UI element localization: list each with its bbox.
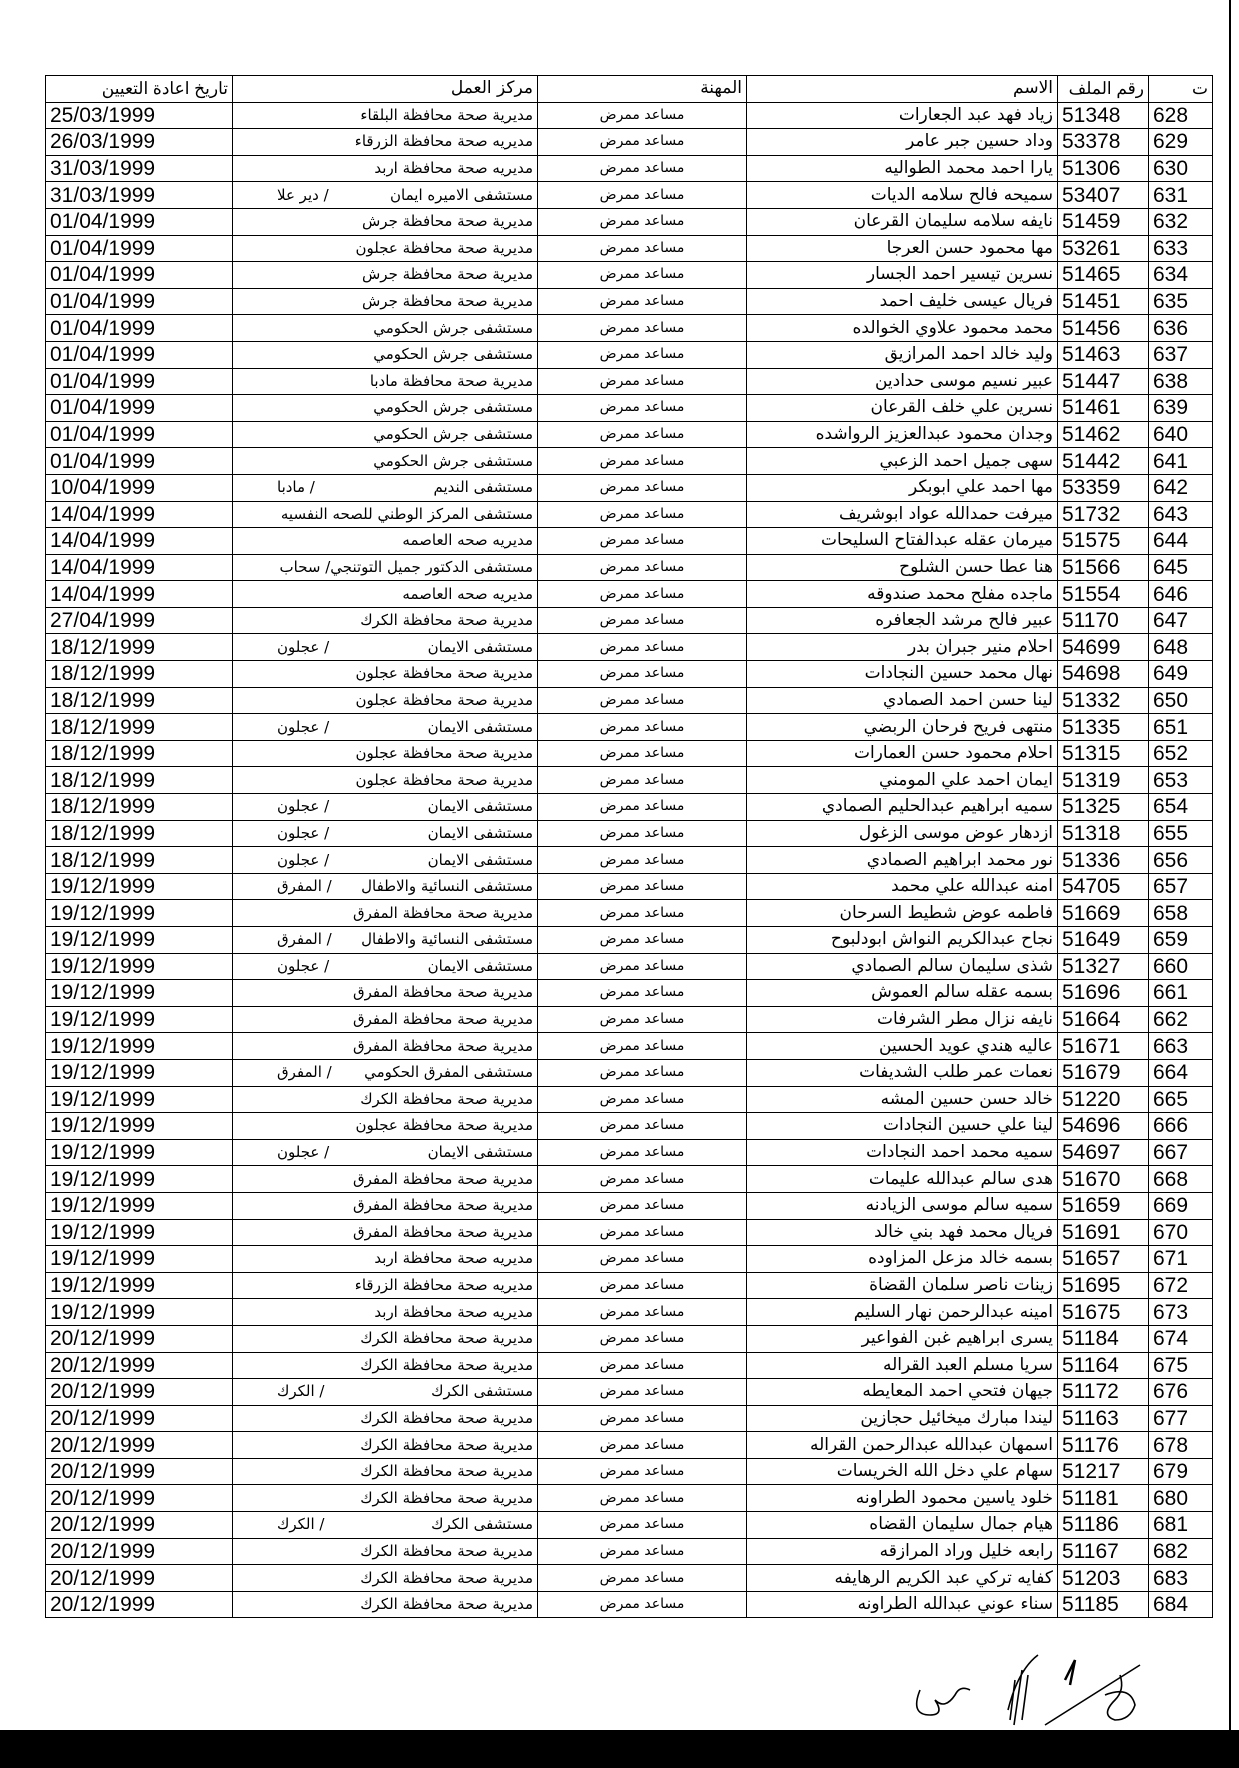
profession-cell: مساعد ممرض — [538, 208, 747, 235]
seq-cell: 663 — [1149, 1033, 1213, 1060]
date-cell: 26/03/1999 — [46, 129, 233, 156]
profession-cell: مساعد ممرض — [538, 288, 747, 315]
profession-cell: مساعد ممرض — [538, 1113, 747, 1140]
workplace-cell: مديرية صحة محافظة عجلون — [233, 687, 538, 714]
profession-cell: مساعد ممرض — [538, 528, 747, 555]
header-date: تاريخ اعادة التعيين — [46, 76, 233, 103]
workplace-city: / عجلون — [277, 715, 329, 740]
table-row: 65951649نجاح عبدالكريم النواش ابودلبوحمس… — [46, 927, 1213, 954]
profession-cell: مساعد ممرض — [538, 1591, 747, 1618]
seq-cell: 634 — [1149, 262, 1213, 289]
table-row: 68451185سناء عوني عبدالله الطراونهمساعد … — [46, 1591, 1213, 1618]
workplace-cell: مستشفى الدكتور جميل التوتنجي/ سحاب — [233, 554, 538, 581]
profession-cell: مساعد ممرض — [538, 634, 747, 661]
workplace-cell: مديريه صحة محافظة اربد — [233, 1246, 538, 1273]
file-no-cell: 51669 — [1058, 900, 1149, 927]
workplace-cell: مستشفى الايمان/ عجلون — [233, 634, 538, 661]
file-no-cell: 51336 — [1058, 847, 1149, 874]
seq-cell: 643 — [1149, 501, 1213, 528]
file-no-cell: 51659 — [1058, 1192, 1149, 1219]
workplace-name: مديريه صحة محافظة الزرقاء — [355, 129, 533, 154]
table-row: 64451575ميرمان عقله عبدالفتاح السليحاتمس… — [46, 528, 1213, 555]
seq-cell: 660 — [1149, 953, 1213, 980]
seq-cell: 678 — [1149, 1432, 1213, 1459]
seq-cell: 676 — [1149, 1379, 1213, 1406]
seq-cell: 646 — [1149, 581, 1213, 608]
workplace-cell: مديرية صحة محافظة الكرك — [233, 1086, 538, 1113]
workplace-city: / المفرق — [277, 874, 332, 899]
profession-cell: مساعد ممرض — [538, 1006, 747, 1033]
date-cell: 19/12/1999 — [46, 1219, 233, 1246]
table-header-row: ت رقم الملف الاسم المهنة مركز العمل تاري… — [46, 76, 1213, 103]
file-no-cell: 54697 — [1058, 1139, 1149, 1166]
seq-cell: 656 — [1149, 847, 1213, 874]
workplace-name: مديرية صحة محافظة المفرق — [353, 1193, 533, 1218]
name-cell: ازدهار عوض موسى الزغول — [747, 820, 1058, 847]
date-cell: 19/12/1999 — [46, 1059, 233, 1086]
workplace-cell: مديرية صحة محافظة الكرك — [233, 607, 538, 634]
seq-cell: 628 — [1149, 102, 1213, 129]
date-cell: 19/12/1999 — [46, 1192, 233, 1219]
file-no-cell: 51456 — [1058, 315, 1149, 342]
seq-cell: 683 — [1149, 1565, 1213, 1592]
name-cell: ميرمان عقله عبدالفتاح السليحات — [747, 528, 1058, 555]
seq-cell: 675 — [1149, 1352, 1213, 1379]
file-no-cell: 51657 — [1058, 1246, 1149, 1273]
workplace-cell: مديرية صحة محافظة الكرك — [233, 1565, 538, 1592]
workplace-cell: مديريه صحه العاصمه — [233, 581, 538, 608]
name-cell: مها محمود حسن العرجا — [747, 235, 1058, 262]
file-no-cell: 51696 — [1058, 980, 1149, 1007]
file-no-cell: 53407 — [1058, 182, 1149, 209]
profession-cell: مساعد ممرض — [538, 1352, 747, 1379]
name-cell: ليندا مبارك ميخائيل حجازين — [747, 1405, 1058, 1432]
workplace-name: مديرية صحة محافظة الكرك — [360, 1539, 533, 1564]
file-no-cell: 51670 — [1058, 1166, 1149, 1193]
table-row: 66051327شذى سليمان سالم الصماديمساعد ممر… — [46, 953, 1213, 980]
workplace-cell: مديرية صحة محافظة عجلون — [233, 767, 538, 794]
workplace-cell: مديرية صحة محافظة المفرق — [233, 1166, 538, 1193]
date-cell: 18/12/1999 — [46, 661, 233, 688]
date-cell: 18/12/1999 — [46, 767, 233, 794]
header-seq: ت — [1149, 76, 1213, 103]
name-cell: سميه ابراهيم عبدالحليم الصمادي — [747, 794, 1058, 821]
workplace-name: مستشفى الايمان — [428, 1140, 533, 1165]
seq-cell: 662 — [1149, 1006, 1213, 1033]
profession-cell: مساعد ممرض — [538, 235, 747, 262]
file-no-cell: 51459 — [1058, 208, 1149, 235]
staff-table: ت رقم الملف الاسم المهنة مركز العمل تاري… — [45, 75, 1213, 1618]
profession-cell: مساعد ممرض — [538, 1272, 747, 1299]
date-cell: 20/12/1999 — [46, 1432, 233, 1459]
name-cell: بسمه خالد مزعل المزاوده — [747, 1246, 1058, 1273]
table-row: 65651336نور محمد ابراهيم الصماديمساعد مم… — [46, 847, 1213, 874]
workplace-name: مستشفى النسائية والاطفال — [361, 927, 533, 952]
date-cell: 18/12/1999 — [46, 740, 233, 767]
date-cell: 14/04/1999 — [46, 581, 233, 608]
seq-cell: 639 — [1149, 395, 1213, 422]
workplace-cell: مديرية صحة محافظة جرش — [233, 208, 538, 235]
date-cell: 19/12/1999 — [46, 1166, 233, 1193]
file-no-cell: 51451 — [1058, 288, 1149, 315]
file-no-cell: 51327 — [1058, 953, 1149, 980]
seq-cell: 649 — [1149, 661, 1213, 688]
date-cell: 01/04/1999 — [46, 262, 233, 289]
name-cell: فاطمه عوض شطيط السرحان — [747, 900, 1058, 927]
file-no-cell: 51306 — [1058, 155, 1149, 182]
name-cell: امينه عبدالرحمن نهار السليم — [747, 1299, 1058, 1326]
workplace-cell: مديرية صحة محافظة الكرك — [233, 1591, 538, 1618]
profession-cell: مساعد ممرض — [538, 1086, 747, 1113]
seq-cell: 661 — [1149, 980, 1213, 1007]
date-cell: 19/12/1999 — [46, 873, 233, 900]
workplace-name: مديريه صحة محافظة الزرقاء — [355, 1273, 533, 1298]
table-body: 62851348زياد فهد عبد الجعاراتمساعد ممرضم… — [46, 102, 1213, 1618]
workplace-name: مديرية صحة محافظة عجلون — [355, 236, 533, 261]
workplace-name: مديرية صحة محافظة مادبا — [370, 369, 533, 394]
date-cell: 01/04/1999 — [46, 448, 233, 475]
workplace-name: مستشفى جرش الحكومي — [373, 316, 533, 341]
date-cell: 25/03/1999 — [46, 102, 233, 129]
date-cell: 20/12/1999 — [46, 1512, 233, 1539]
workplace-name: مستشفى جرش الحكومي — [373, 449, 533, 474]
workplace-cell: مستشفى الايمان/ عجلون — [233, 953, 538, 980]
workplace-cell: مستشفى جرش الحكومي — [233, 421, 538, 448]
profession-cell: مساعد ممرض — [538, 661, 747, 688]
workplace-city: / عجلون — [277, 954, 329, 979]
name-cell: زياد فهد عبد الجعارات — [747, 102, 1058, 129]
name-cell: زينات ناصر سلمان القضاة — [747, 1272, 1058, 1299]
file-no-cell: 51664 — [1058, 1006, 1149, 1033]
name-cell: نجاح عبدالكريم النواش ابودلبوح — [747, 927, 1058, 954]
date-cell: 20/12/1999 — [46, 1565, 233, 1592]
workplace-name: مديرية صحة محافظة الكرك — [360, 1353, 533, 1378]
name-cell: احلام منير جبران بدر — [747, 634, 1058, 661]
table-row: 66551220خالد حسن حسين المشهمساعد ممرضمدي… — [46, 1086, 1213, 1113]
name-cell: فريال محمد فهد بني خالد — [747, 1219, 1058, 1246]
file-no-cell: 51318 — [1058, 820, 1149, 847]
workplace-cell: مديرية صحة محافظة الكرك — [233, 1538, 538, 1565]
workplace-cell: مديرية صحة محافظة مادبا — [233, 368, 538, 395]
file-no-cell: 51167 — [1058, 1538, 1149, 1565]
name-cell: هنا عطا حسن الشلوح — [747, 554, 1058, 581]
workplace-city: / عجلون — [277, 794, 329, 819]
workplace-name: مديريه صحة محافظة اربد — [374, 1300, 533, 1325]
name-cell: شذى سليمان سالم الصمادي — [747, 953, 1058, 980]
profession-cell: مساعد ممرض — [538, 1432, 747, 1459]
file-no-cell: 51463 — [1058, 341, 1149, 368]
name-cell: نايفه نزال مطر الشرفات — [747, 1006, 1058, 1033]
workplace-name: مديرية صحة محافظة جرش — [362, 262, 533, 287]
seq-cell: 651 — [1149, 714, 1213, 741]
file-no-cell: 51315 — [1058, 740, 1149, 767]
date-cell: 19/12/1999 — [46, 953, 233, 980]
table-row: 63551451فريال عيسى خليف احمدمساعد ممرضمد… — [46, 288, 1213, 315]
file-no-cell: 51172 — [1058, 1379, 1149, 1406]
table-row: 64954698نهال محمد حسين النجاداتمساعد ممر… — [46, 661, 1213, 688]
workplace-cell: مستشفى المفرق الحكومي/ المفرق — [233, 1059, 538, 1086]
date-cell: 20/12/1999 — [46, 1538, 233, 1565]
date-cell: 01/04/1999 — [46, 421, 233, 448]
workplace-name: مديرية صحة محافظة الكرك — [360, 608, 533, 633]
workplace-name: مديريه صحه العاصمه — [402, 528, 533, 553]
workplace-name: مديريه صحة محافظة اربد — [374, 1246, 533, 1271]
seq-cell: 629 — [1149, 129, 1213, 156]
name-cell: منتهى فريح فرحان الربضي — [747, 714, 1058, 741]
name-cell: نسرين علي خلف القرعان — [747, 395, 1058, 422]
name-cell: عبير نسيم موسى حدادين — [747, 368, 1058, 395]
profession-cell: مساعد ممرض — [538, 1299, 747, 1326]
seq-cell: 665 — [1149, 1086, 1213, 1113]
profession-cell: مساعد ممرض — [538, 1485, 747, 1512]
table-row: 63353261مها محمود حسن العرجامساعد ممرضمد… — [46, 235, 1213, 262]
table-row: 63251459نايفه سلامه سليمان القرعانمساعد … — [46, 208, 1213, 235]
seq-cell: 658 — [1149, 900, 1213, 927]
table-row: 67651172جيهان فتحي احمد المعايطهمساعد مم… — [46, 1379, 1213, 1406]
table-row: 66351671عاليه هندي عويد الحسينمساعد ممرض… — [46, 1033, 1213, 1060]
workplace-cell: مديرية صحة محافظة المفرق — [233, 900, 538, 927]
seq-cell: 637 — [1149, 341, 1213, 368]
seq-cell: 673 — [1149, 1299, 1213, 1326]
workplace-cell: مديرية صحة محافظة المفرق — [233, 1006, 538, 1033]
page-right-edge — [1229, 0, 1239, 1768]
name-cell: مها احمد علي ابوبكر — [747, 474, 1058, 501]
workplace-city: / عجلون — [277, 635, 329, 660]
table-row: 65451325سميه ابراهيم عبدالحليم الصماديمس… — [46, 794, 1213, 821]
date-cell: 19/12/1999 — [46, 1139, 233, 1166]
file-no-cell: 51462 — [1058, 421, 1149, 448]
workplace-cell: مستشفى الاميره ايمان/ دير علا — [233, 182, 538, 209]
file-no-cell: 51203 — [1058, 1565, 1149, 1592]
file-no-cell: 51691 — [1058, 1219, 1149, 1246]
profession-cell: مساعد ممرض — [538, 1325, 747, 1352]
seq-cell: 636 — [1149, 315, 1213, 342]
profession-cell: مساعد ممرض — [538, 474, 747, 501]
name-cell: ماجده مفلح محمد صندوقه — [747, 581, 1058, 608]
file-no-cell: 51185 — [1058, 1591, 1149, 1618]
file-no-cell: 51163 — [1058, 1405, 1149, 1432]
profession-cell: مساعد ممرض — [538, 794, 747, 821]
seq-cell: 640 — [1149, 421, 1213, 448]
date-cell: 20/12/1999 — [46, 1591, 233, 1618]
scan-bottom-border — [0, 1730, 1239, 1768]
table-row: 64651554ماجده مفلح محمد صندوقهمساعد ممرض… — [46, 581, 1213, 608]
workplace-cell: مديرية صحة محافظة عجلون — [233, 661, 538, 688]
seq-cell: 669 — [1149, 1192, 1213, 1219]
table-row: 62953378وداد حسين جبر عامرمساعد ممرضمدير… — [46, 129, 1213, 156]
name-cell: سريا مسلم العبد القراله — [747, 1352, 1058, 1379]
name-cell: سميه سالم موسى الزيادنه — [747, 1192, 1058, 1219]
date-cell: 01/04/1999 — [46, 368, 233, 395]
file-no-cell: 54705 — [1058, 873, 1149, 900]
name-cell: نايفه سلامه سليمان القرعان — [747, 208, 1058, 235]
workplace-name: مديرية صحة محافظة الكرك — [360, 1326, 533, 1351]
profession-cell: مساعد ممرض — [538, 1565, 747, 1592]
workplace-name: مديرية صحة محافظة عجلون — [355, 741, 533, 766]
workplace-name: مديرية صحة محافظة الكرك — [360, 1433, 533, 1458]
seq-cell: 638 — [1149, 368, 1213, 395]
name-cell: سميه محمد احمد النجادات — [747, 1139, 1058, 1166]
date-cell: 19/12/1999 — [46, 900, 233, 927]
name-cell: رابعه خليل وراد المرازقه — [747, 1538, 1058, 1565]
workplace-cell: مديرية صحة محافظة المفرق — [233, 1033, 538, 1060]
workplace-name: مستشفى النسائية والاطفال — [361, 874, 533, 899]
date-cell: 18/12/1999 — [46, 634, 233, 661]
table-row: 66951659سميه سالم موسى الزيادنهمساعد ممر… — [46, 1192, 1213, 1219]
table-row: 63951461نسرين علي خلف القرعانمساعد ممرضم… — [46, 395, 1213, 422]
name-cell: سناء عوني عبدالله الطراونه — [747, 1591, 1058, 1618]
table-row: 66451679نعمات عمر طلب الشديفاتمساعد ممرض… — [46, 1059, 1213, 1086]
table-row: 66251664نايفه نزال مطر الشرفاتمساعد ممرض… — [46, 1006, 1213, 1033]
file-no-cell: 54698 — [1058, 661, 1149, 688]
seq-cell: 647 — [1149, 607, 1213, 634]
file-no-cell: 51447 — [1058, 368, 1149, 395]
table-row: 64551566هنا عطا حسن الشلوحمساعد ممرضمستش… — [46, 554, 1213, 581]
workplace-name: مستشفى جرش الحكومي — [373, 422, 533, 447]
workplace-city: / عجلون — [277, 821, 329, 846]
file-no-cell: 51164 — [1058, 1352, 1149, 1379]
file-no-cell: 51575 — [1058, 528, 1149, 555]
workplace-name: مديرية صحة محافظة جرش — [362, 209, 533, 234]
workplace-name: مديرية صحة محافظة المفرق — [353, 1034, 533, 1059]
seq-cell: 630 — [1149, 155, 1213, 182]
workplace-name: مديرية صحة محافظة الكرك — [360, 1592, 533, 1617]
table-row: 63851447عبير نسيم موسى حدادينمساعد ممرضم… — [46, 368, 1213, 395]
seq-cell: 652 — [1149, 740, 1213, 767]
date-cell: 27/04/1999 — [46, 607, 233, 634]
name-cell: يارا احمد محمد الطواليه — [747, 155, 1058, 182]
workplace-cell: مديرية صحة محافظة المفرق — [233, 1219, 538, 1246]
seq-cell: 684 — [1149, 1591, 1213, 1618]
table-row: 67751163ليندا مبارك ميخائيل حجازينمساعد … — [46, 1405, 1213, 1432]
date-cell: 01/04/1999 — [46, 288, 233, 315]
table-row: 67151657بسمه خالد مزعل المزاودهمساعد ممر… — [46, 1246, 1213, 1273]
seq-cell: 641 — [1149, 448, 1213, 475]
table-row: 65251315احلام محمود حسن العماراتمساعد مم… — [46, 740, 1213, 767]
seq-cell: 632 — [1149, 208, 1213, 235]
workplace-cell: مستشفى الايمان/ عجلون — [233, 847, 538, 874]
name-cell: هدى سالم عبدالله عليمات — [747, 1166, 1058, 1193]
workplace-cell: مديرية صحة محافظة الكرك — [233, 1458, 538, 1485]
date-cell: 31/03/1999 — [46, 182, 233, 209]
table-row: 63751463وليد خالد احمد المرازيقمساعد ممر… — [46, 341, 1213, 368]
file-no-cell: 51220 — [1058, 1086, 1149, 1113]
workplace-cell: مستشفى الكرك/ الكرك — [233, 1379, 538, 1406]
name-cell: نور محمد ابراهيم الصمادي — [747, 847, 1058, 874]
profession-cell: مساعد ممرض — [538, 873, 747, 900]
profession-cell: مساعد ممرض — [538, 820, 747, 847]
table-row: 64854699احلام منير جبران بدرمساعد ممرضمس… — [46, 634, 1213, 661]
workplace-cell: مديريه صحة محافظة اربد — [233, 1299, 538, 1326]
workplace-cell: مديريه صحه العاصمه — [233, 528, 538, 555]
table-row: 66654696لينا علي حسين النجاداتمساعد ممرض… — [46, 1113, 1213, 1140]
workplace-city: / مادبا — [277, 475, 315, 500]
seq-cell: 666 — [1149, 1113, 1213, 1140]
seq-cell: 682 — [1149, 1538, 1213, 1565]
file-no-cell: 54696 — [1058, 1113, 1149, 1140]
workplace-name: مديرية صحة محافظة الكرك — [360, 1087, 533, 1112]
profession-cell: مساعد ممرض — [538, 129, 747, 156]
workplace-cell: مديرية صحة محافظة الكرك — [233, 1485, 538, 1512]
seq-cell: 667 — [1149, 1139, 1213, 1166]
profession-cell: مساعد ممرض — [538, 1246, 747, 1273]
date-cell: 18/12/1999 — [46, 794, 233, 821]
table-row: 67551164سريا مسلم العبد القرالهمساعد ممر… — [46, 1352, 1213, 1379]
workplace-city: / الكرك — [277, 1379, 324, 1404]
seq-cell: 644 — [1149, 528, 1213, 555]
profession-cell: مساعد ممرض — [538, 1139, 747, 1166]
date-cell: 20/12/1999 — [46, 1325, 233, 1352]
profession-cell: مساعد ممرض — [538, 554, 747, 581]
file-no-cell: 51184 — [1058, 1325, 1149, 1352]
workplace-name: مستشفى الاميره ايمان — [390, 183, 533, 208]
date-cell: 20/12/1999 — [46, 1379, 233, 1406]
profession-cell: مساعد ممرض — [538, 501, 747, 528]
file-no-cell: 51461 — [1058, 395, 1149, 422]
table-row: 66151696بسمه عقله سالم العموشمساعد ممرضم… — [46, 980, 1213, 1007]
profession-cell: مساعد ممرض — [538, 980, 747, 1007]
file-no-cell: 51695 — [1058, 1272, 1149, 1299]
date-cell: 20/12/1999 — [46, 1485, 233, 1512]
workplace-cell: مديرية صحة محافظة البلقاء — [233, 102, 538, 129]
workplace-name: مستشفى جرش الحكومي — [373, 342, 533, 367]
profession-cell: مساعد ممرض — [538, 927, 747, 954]
seq-cell: 668 — [1149, 1166, 1213, 1193]
date-cell: 19/12/1999 — [46, 1272, 233, 1299]
name-cell: محمد محمود علاوي الخوالده — [747, 315, 1058, 342]
workplace-name: مديرية صحة محافظة المفرق — [353, 980, 533, 1005]
date-cell: 31/03/1999 — [46, 155, 233, 182]
table-row: 67251695زينات ناصر سلمان القضاةمساعد ممر… — [46, 1272, 1213, 1299]
profession-cell: مساعد ممرض — [538, 341, 747, 368]
file-no-cell: 51181 — [1058, 1485, 1149, 1512]
workplace-name: مستشفى النديم — [434, 475, 533, 500]
table-row: 63153407سميحه فالح سلامه الدياتمساعد ممر… — [46, 182, 1213, 209]
workplace-name: مديرية صحة محافظة المفرق — [353, 1007, 533, 1032]
name-cell: هيام جمال سليمان القضاه — [747, 1512, 1058, 1539]
workplace-cell: مستشفى النسائية والاطفال/ المفرق — [233, 927, 538, 954]
workplace-cell: مديرية صحة محافظة المفرق — [233, 1192, 538, 1219]
workplace-cell: مستشفى الايمان/ عجلون — [233, 820, 538, 847]
name-cell: خلود ياسين محمود الطراونه — [747, 1485, 1058, 1512]
table-row: 66754697سميه محمد احمد النجاداتمساعد ممر… — [46, 1139, 1213, 1166]
seq-cell: 674 — [1149, 1325, 1213, 1352]
table-row: 62851348زياد فهد عبد الجعاراتمساعد ممرضم… — [46, 102, 1213, 129]
table-row: 67451184يسرى ابراهيم غبن الفواعيرمساعد م… — [46, 1325, 1213, 1352]
name-cell: عبير فالح مرشد الجعافره — [747, 607, 1058, 634]
profession-cell: مساعد ممرض — [538, 953, 747, 980]
workplace-name: مديريه صحه العاصمه — [402, 582, 533, 607]
table-row: 65754705امنه عبدالله علي محمدمساعد ممرضم… — [46, 873, 1213, 900]
workplace-cell: مستشفى جرش الحكومي — [233, 315, 538, 342]
date-cell: 01/04/1999 — [46, 315, 233, 342]
file-no-cell: 51186 — [1058, 1512, 1149, 1539]
date-cell: 18/12/1999 — [46, 687, 233, 714]
seq-cell: 681 — [1149, 1512, 1213, 1539]
profession-cell: مساعد ممرض — [538, 900, 747, 927]
workplace-name: مديرية صحة محافظة المفرق — [353, 901, 533, 926]
workplace-name: مستشفى الكرك — [431, 1512, 533, 1537]
workplace-name: مستشفى المركز الوطني للصحه النفسيه — [281, 502, 533, 527]
file-no-cell: 51679 — [1058, 1059, 1149, 1086]
name-cell: فريال عيسى خليف احمد — [747, 288, 1058, 315]
workplace-name: مستشفى جرش الحكومي — [373, 395, 533, 420]
seq-cell: 650 — [1149, 687, 1213, 714]
table-row: 63051306يارا احمد محمد الطواليهمساعد ممر… — [46, 155, 1213, 182]
name-cell: سهى جميل احمد الزعبي — [747, 448, 1058, 475]
header-name: الاسم — [747, 76, 1058, 103]
header-profession: المهنة — [538, 76, 747, 103]
